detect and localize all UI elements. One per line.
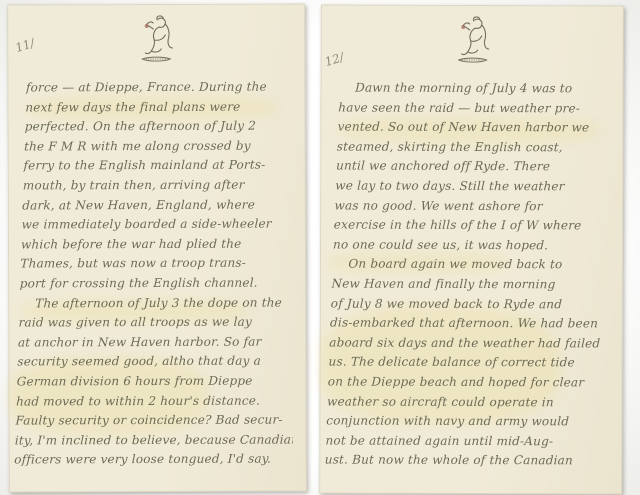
handwriting-line: force — at Dieppe, France. During the [26, 77, 305, 98]
handwriting-line: Dawn the morning of July 4 was to [339, 79, 623, 100]
page-number: 11/ [14, 36, 37, 55]
handwriting-line: no one could see us, it was hoped. [333, 235, 617, 256]
handwriting-line: us. The delicate balance of correct tide [328, 353, 612, 374]
handwriting-line: until we anchored off Ryde. There [336, 157, 620, 178]
handwriting-line: aboard six days and the weather had fail… [329, 333, 613, 354]
handwriting-line: steamed, skirting the English coast, [336, 137, 620, 158]
letter-page-right: 12/ Dawn the morning of July 4 was tohav… [319, 4, 624, 494]
handwriting-line: ferry to the English mainland at Ports- [23, 156, 302, 177]
lion-crest-icon [136, 10, 176, 68]
handwriting-line: we lay to two days. Still the weather [335, 176, 619, 197]
handwriting-line: ust. But now the whole of the Canadian [324, 451, 608, 472]
handwriting-line: Faulty security or coincidence? Bad secu… [15, 411, 294, 432]
handwriting-line: conjunction with navy and army would [326, 412, 610, 433]
handwriting-line: dis-embarked that afternoon. We had been [330, 314, 614, 335]
handwriting-line: we immediately boarded a side-wheeler [21, 215, 300, 236]
handwriting-line: not be attained again until mid-Aug- [325, 431, 609, 452]
handwriting-line: was no good. We went ashore for [334, 196, 618, 217]
handwriting-line: German division 6 hours from Dieppe [16, 371, 295, 392]
handwriting-line: ity, I'm inclined to believe, because Ca… [15, 430, 294, 451]
handwriting-line: The afternoon of July 3 the dope on the [19, 293, 298, 314]
handwriting-line: New Haven and finally the morning [331, 274, 615, 295]
handwriting-line: On board again we moved back to [332, 255, 616, 276]
handwriting-line: had moved to within 2 hour's distance. [16, 391, 295, 412]
handwriting-line: Thames, but was now a troop trans- [20, 254, 299, 275]
handwriting-line: have seen the raid — but weather pre- [338, 98, 622, 119]
handwritten-text-block: force — at Dieppe, France. During thenex… [14, 77, 304, 470]
handwriting-line: perfected. On the afternoon of July 2 [24, 117, 303, 138]
handwriting-line: port for crossing the English channel. [19, 273, 298, 294]
handwriting-line: security seemed good, altho that day a [17, 352, 296, 373]
handwriting-line: the F M R with me along crossed by [24, 136, 303, 157]
handwriting-line: dark, at New Haven, England, where [22, 195, 301, 216]
handwritten-text-block: Dawn the morning of July 4 was tohave se… [324, 79, 622, 472]
handwriting-line: of July 8 we moved back to Ryde and [330, 294, 614, 315]
lion-crest-icon [452, 11, 492, 69]
handwriting-line: next few days the final plans were [25, 97, 304, 118]
page-number: 12/ [323, 50, 346, 69]
handwriting-line: officers were very loose tongued, I'd sa… [14, 450, 293, 471]
handwriting-line: at anchor in New Haven harbor. So far [18, 332, 297, 353]
handwriting-line: exercise in the hills of the I of W wher… [333, 216, 617, 237]
handwriting-line: weather so aircraft could operate in [327, 392, 611, 413]
handwriting-line: raid was given to all troops as we lay [18, 313, 297, 334]
handwriting-line: mouth, by train then, arriving after [23, 175, 302, 196]
handwriting-line: on the Dieppe beach and hoped for clear [327, 372, 611, 393]
handwriting-line: vented. So out of New Haven harbor we [337, 118, 621, 139]
handwriting-line: which before the war had plied the [21, 234, 300, 255]
letter-page-left: 11/ force — at Dieppe, France. During th… [7, 3, 307, 492]
